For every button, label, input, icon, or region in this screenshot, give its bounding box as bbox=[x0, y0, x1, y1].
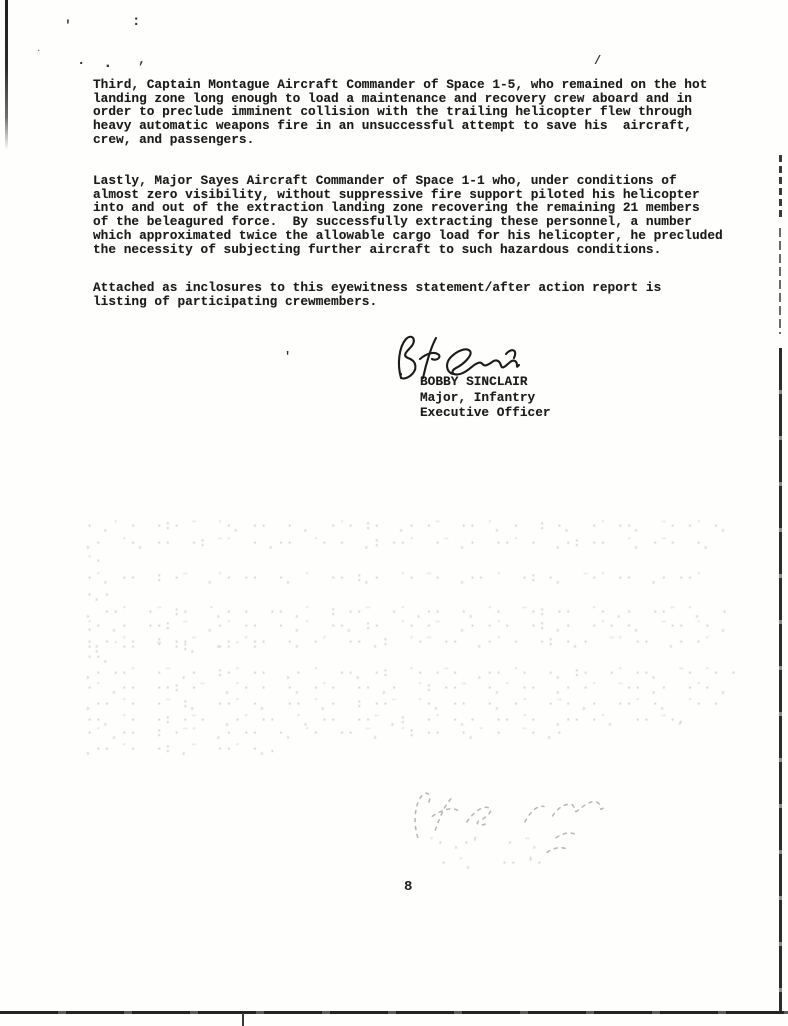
scan-artifact-left-edge-line bbox=[5, 0, 8, 150]
scan-artifact-right-edge-line bbox=[779, 228, 781, 334]
scan-speck: ' bbox=[64, 18, 72, 33]
scanned-document-page: ' : · · , / · ' Third, Captain Montague … bbox=[0, 0, 788, 1026]
bleed-through-paragraph: ´· ¸· ··: ¨ ¸·´ ·· · ¸´ ··¸ :· ´· ·¨ ¸· … bbox=[86, 619, 741, 728]
paragraph-attachments: Attached as inclosures to this eyewitnes… bbox=[93, 281, 733, 308]
scan-speck: : bbox=[132, 14, 140, 30]
scan-artifact-right-edge-line bbox=[779, 348, 782, 1012]
scan-artifact-bottom-line bbox=[0, 1011, 788, 1014]
scan-speck: , bbox=[138, 52, 146, 67]
scan-speck: ' bbox=[284, 350, 291, 364]
signature-name-line: BOBBY SINCLAIR bbox=[420, 374, 528, 389]
signature-rank-line: Major, Infantry bbox=[420, 390, 535, 405]
scan-speck: · bbox=[103, 57, 113, 75]
paragraph-third-pilot: Third, Captain Montague Aircraft Command… bbox=[93, 78, 733, 147]
scan-artifact-bottom-tick bbox=[242, 1013, 244, 1026]
scan-speck: · bbox=[77, 56, 85, 72]
bleed-through-fragment: ´· ¸·' · ¨¸ bbox=[428, 836, 608, 851]
scan-artifact-right-edge-line bbox=[779, 155, 782, 219]
signature-title-line: Executive Officer bbox=[420, 405, 551, 420]
bleed-through-fragment: · ´¸ ·· '· bbox=[440, 856, 600, 871]
paragraph-lastly-pilot: Lastly, Major Sayes Aircraft Commander o… bbox=[93, 174, 748, 256]
bleed-through-paragraph: ·´ ¸·· : ·¨´ ¸· ·· ·¸ ´· ·· ¨¸ ´: ·· ·¸´… bbox=[86, 726, 726, 757]
page-number: 8 bbox=[404, 879, 412, 895]
scan-speck: · bbox=[36, 46, 41, 56]
scan-speck: / bbox=[594, 54, 601, 68]
